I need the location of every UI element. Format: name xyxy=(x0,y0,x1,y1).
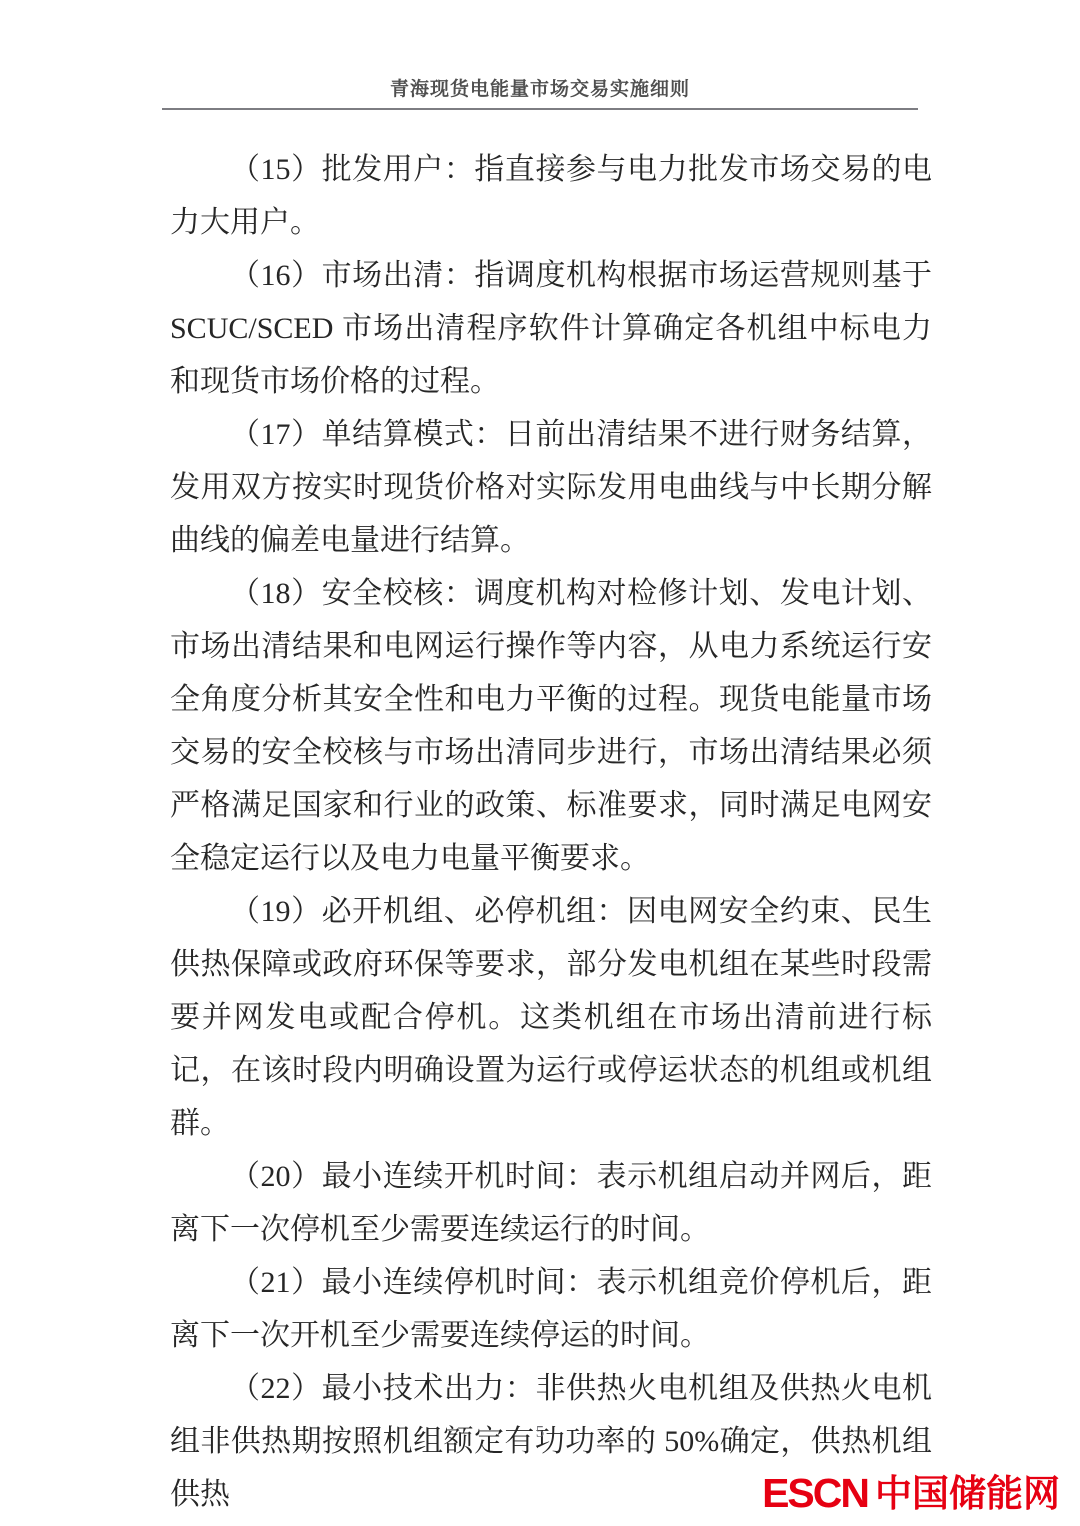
paragraph-20: （20）最小连续开机时间：表示机组启动并网后，距离下一次停机至少需要连续运行的时… xyxy=(170,1150,932,1256)
escn-logo-latin: ESCN xyxy=(762,1473,868,1514)
document-page: 青海现货电能量市场交易实施细则 （15）批发用户：指直接参与电力批发市场交易的电… xyxy=(0,0,1080,1526)
paragraph-19: （19）必开机组、必停机组：因电网安全约束、民生供热保障或政府环保等要求，部分发… xyxy=(170,885,932,1150)
escn-logo-chinese: 中国储能网 xyxy=(875,1475,1060,1512)
escn-watermark-logo: ESCN 中国储能网 xyxy=(762,1473,1060,1514)
document-title: 青海现货电能量市场交易实施细则 xyxy=(0,74,1080,101)
page-header: 青海现货电能量市场交易实施细则 xyxy=(0,0,1080,110)
document-body: （15）批发用户：指直接参与电力批发市场交易的电力大用户。 （16）市场出清：指… xyxy=(170,143,932,1521)
paragraph-17: （17）单结算模式：日前出清结果不进行财务结算，发用双方按实时现货价格对实际发用… xyxy=(170,408,932,567)
header-divider xyxy=(162,108,918,110)
paragraph-15: （15）批发用户：指直接参与电力批发市场交易的电力大用户。 xyxy=(170,143,932,249)
paragraph-16: （16）市场出清：指调度机构根据市场运营规则基于 SCUC/SCED 市场出清程… xyxy=(170,249,932,408)
paragraph-21: （21）最小连续停机时间：表示机组竞价停机后，距离下一次开机至少需要连续停运的时… xyxy=(170,1256,932,1362)
page-number: 5 xyxy=(0,1422,1080,1442)
paragraph-18: （18）安全校核：调度机构对检修计划、发电计划、市场出清结果和电网运行操作等内容… xyxy=(170,567,932,885)
